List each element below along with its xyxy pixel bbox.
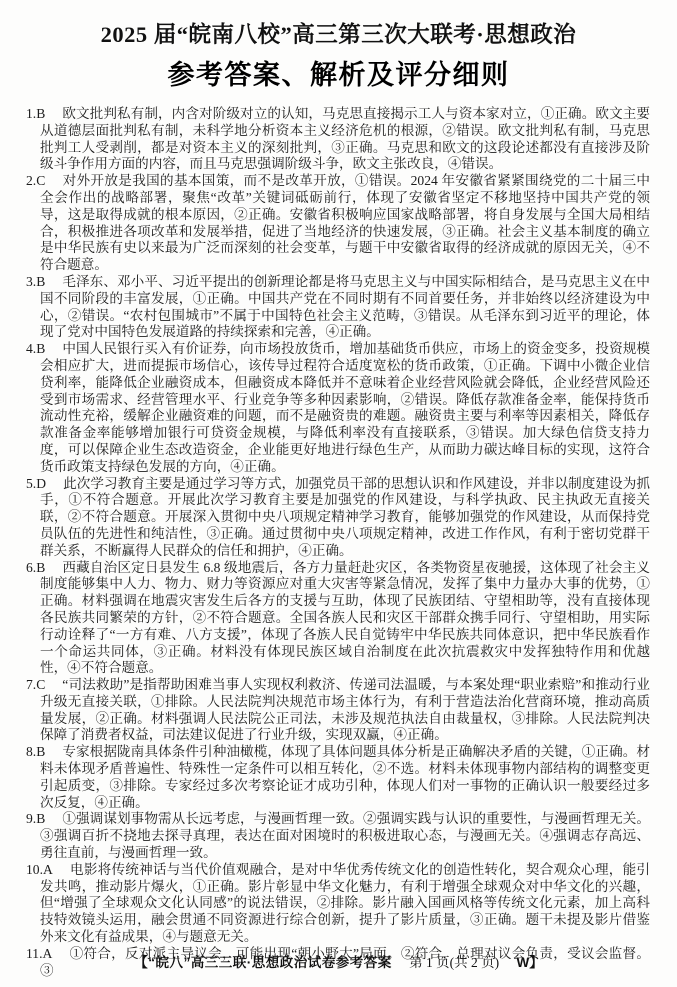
answer-number: 2.C	[26, 173, 45, 190]
answer-number: 4.B	[26, 341, 45, 358]
answer-number: 8.B	[26, 744, 45, 761]
answer-text: 电影将传统神话与当代价值观融合，是对中华优秀传统文化的创造性转化，契合观众心理，…	[40, 862, 650, 944]
answer-item: 9.B①强调谋划事物需从长远考虑，与漫画哲理一致。②强调实践与认识的重要性，与漫…	[26, 811, 650, 861]
answer-text: 欧文批判私有制，内含对阶级对立的认知，马克思直接揭示工人与资本家对立，①正确。欧…	[40, 106, 650, 171]
answer-item: 4.B中国人民银行买入有价证券，向市场投放货币，增加基础货币供应，市场上的资金变…	[26, 341, 650, 475]
answer-text: 此次学习教育主要是通过学习等方式，加强党员干部的思想认识和作风建设，并非以制度建…	[40, 476, 650, 558]
answer-text: 毛泽东、邓小平、习近平提出的创新理论都是将马克思主义与中国实际相结合，是马克思主…	[40, 274, 650, 339]
answer-number: 7.C	[26, 677, 45, 694]
answer-text: ①强调谋划事物需从长远考虑，与漫画哲理一致。②强调实践与认识的重要性，与漫画哲理…	[40, 811, 650, 860]
title-line-1: 2025 届“皖南八校”高三第三次大联考·思想政治	[0, 17, 677, 49]
title-line-2: 参考答案、解析及评分细则	[0, 53, 677, 92]
answer-number: 10.A	[26, 862, 53, 879]
answer-number: 1.B	[26, 106, 45, 123]
answer-item: 10.A电影将传统神话与当代价值观融合，是对中华优秀传统文化的创造性转化，契合观…	[26, 862, 650, 946]
answer-text: 中国人民银行买入有价证券，向市场投放货币，增加基础货币供应，市场上的资金变多，投…	[40, 341, 650, 474]
page-footer: 【“皖八”高三三联·思想政治试卷参考答案 第 1 页(共 2 页) W】	[0, 951, 677, 971]
answer-item: 5.D此次学习教育主要是通过学习等方式，加强党员干部的思想认识和作风建设，并非以…	[26, 476, 650, 560]
answer-item: 3.B毛泽东、邓小平、习近平提出的创新理论都是将马克思主义与中国实际相结合，是马…	[26, 274, 650, 341]
footer-page-number: 第 1 页(共 2 页)	[409, 955, 499, 970]
answer-item: 7.C“司法救助”是指帮助困难当事人实现权利救济、传递司法温暖，与本案处理“职业…	[26, 677, 650, 744]
answer-item: 8.B专家根据陇南具体条件引种油橄榄，体现了具体问题具体分析是正确解决矛盾的关键…	[26, 744, 650, 811]
answer-text: 西藏自治区定日县发生 6.8 级地震后，各方力量赶赴灾区，各类物资星夜驰援，这体…	[40, 560, 650, 676]
answer-text: “司法救助”是指帮助困难当事人实现权利救济、传递司法温暖，与本案处理“职业索赔”…	[40, 677, 650, 742]
answer-number: 5.D	[26, 476, 46, 493]
answer-item: 2.C对外开放是我国的基本国策，而不是改革开放，①错误。2024 年安徽省紧紧围…	[26, 173, 650, 274]
answer-number: 9.B	[26, 811, 45, 828]
footer-mark: W】	[517, 955, 543, 970]
answer-number: 6.B	[26, 560, 45, 577]
answer-item: 6.B西藏自治区定日县发生 6.8 级地震后，各方力量赶赴灾区，各类物资星夜驰援…	[26, 560, 650, 678]
footer-label: 【“皖八”高三三联·思想政治试卷参考答案	[134, 955, 392, 970]
answer-text: 专家根据陇南具体条件引种油橄榄，体现了具体问题具体分析是正确解决矛盾的关键，①正…	[40, 744, 650, 809]
answer-number: 3.B	[26, 274, 45, 291]
answers-list: 1.B欧文批判私有制，内含对阶级对立的认知，马克思直接揭示工人与资本家对立，①正…	[26, 106, 650, 979]
document-page: 2025 届“皖南八校”高三第三次大联考·思想政治 参考答案、解析及评分细则 1…	[0, 0, 677, 987]
page-title: 2025 届“皖南八校”高三第三次大联考·思想政治 参考答案、解析及评分细则	[0, 17, 677, 92]
answer-text: 对外开放是我国的基本国策，而不是改革开放，①错误。2024 年安徽省紧紧围绕党的…	[40, 173, 650, 272]
answer-item: 1.B欧文批判私有制，内含对阶级对立的认知，马克思直接揭示工人与资本家对立，①正…	[26, 106, 650, 173]
